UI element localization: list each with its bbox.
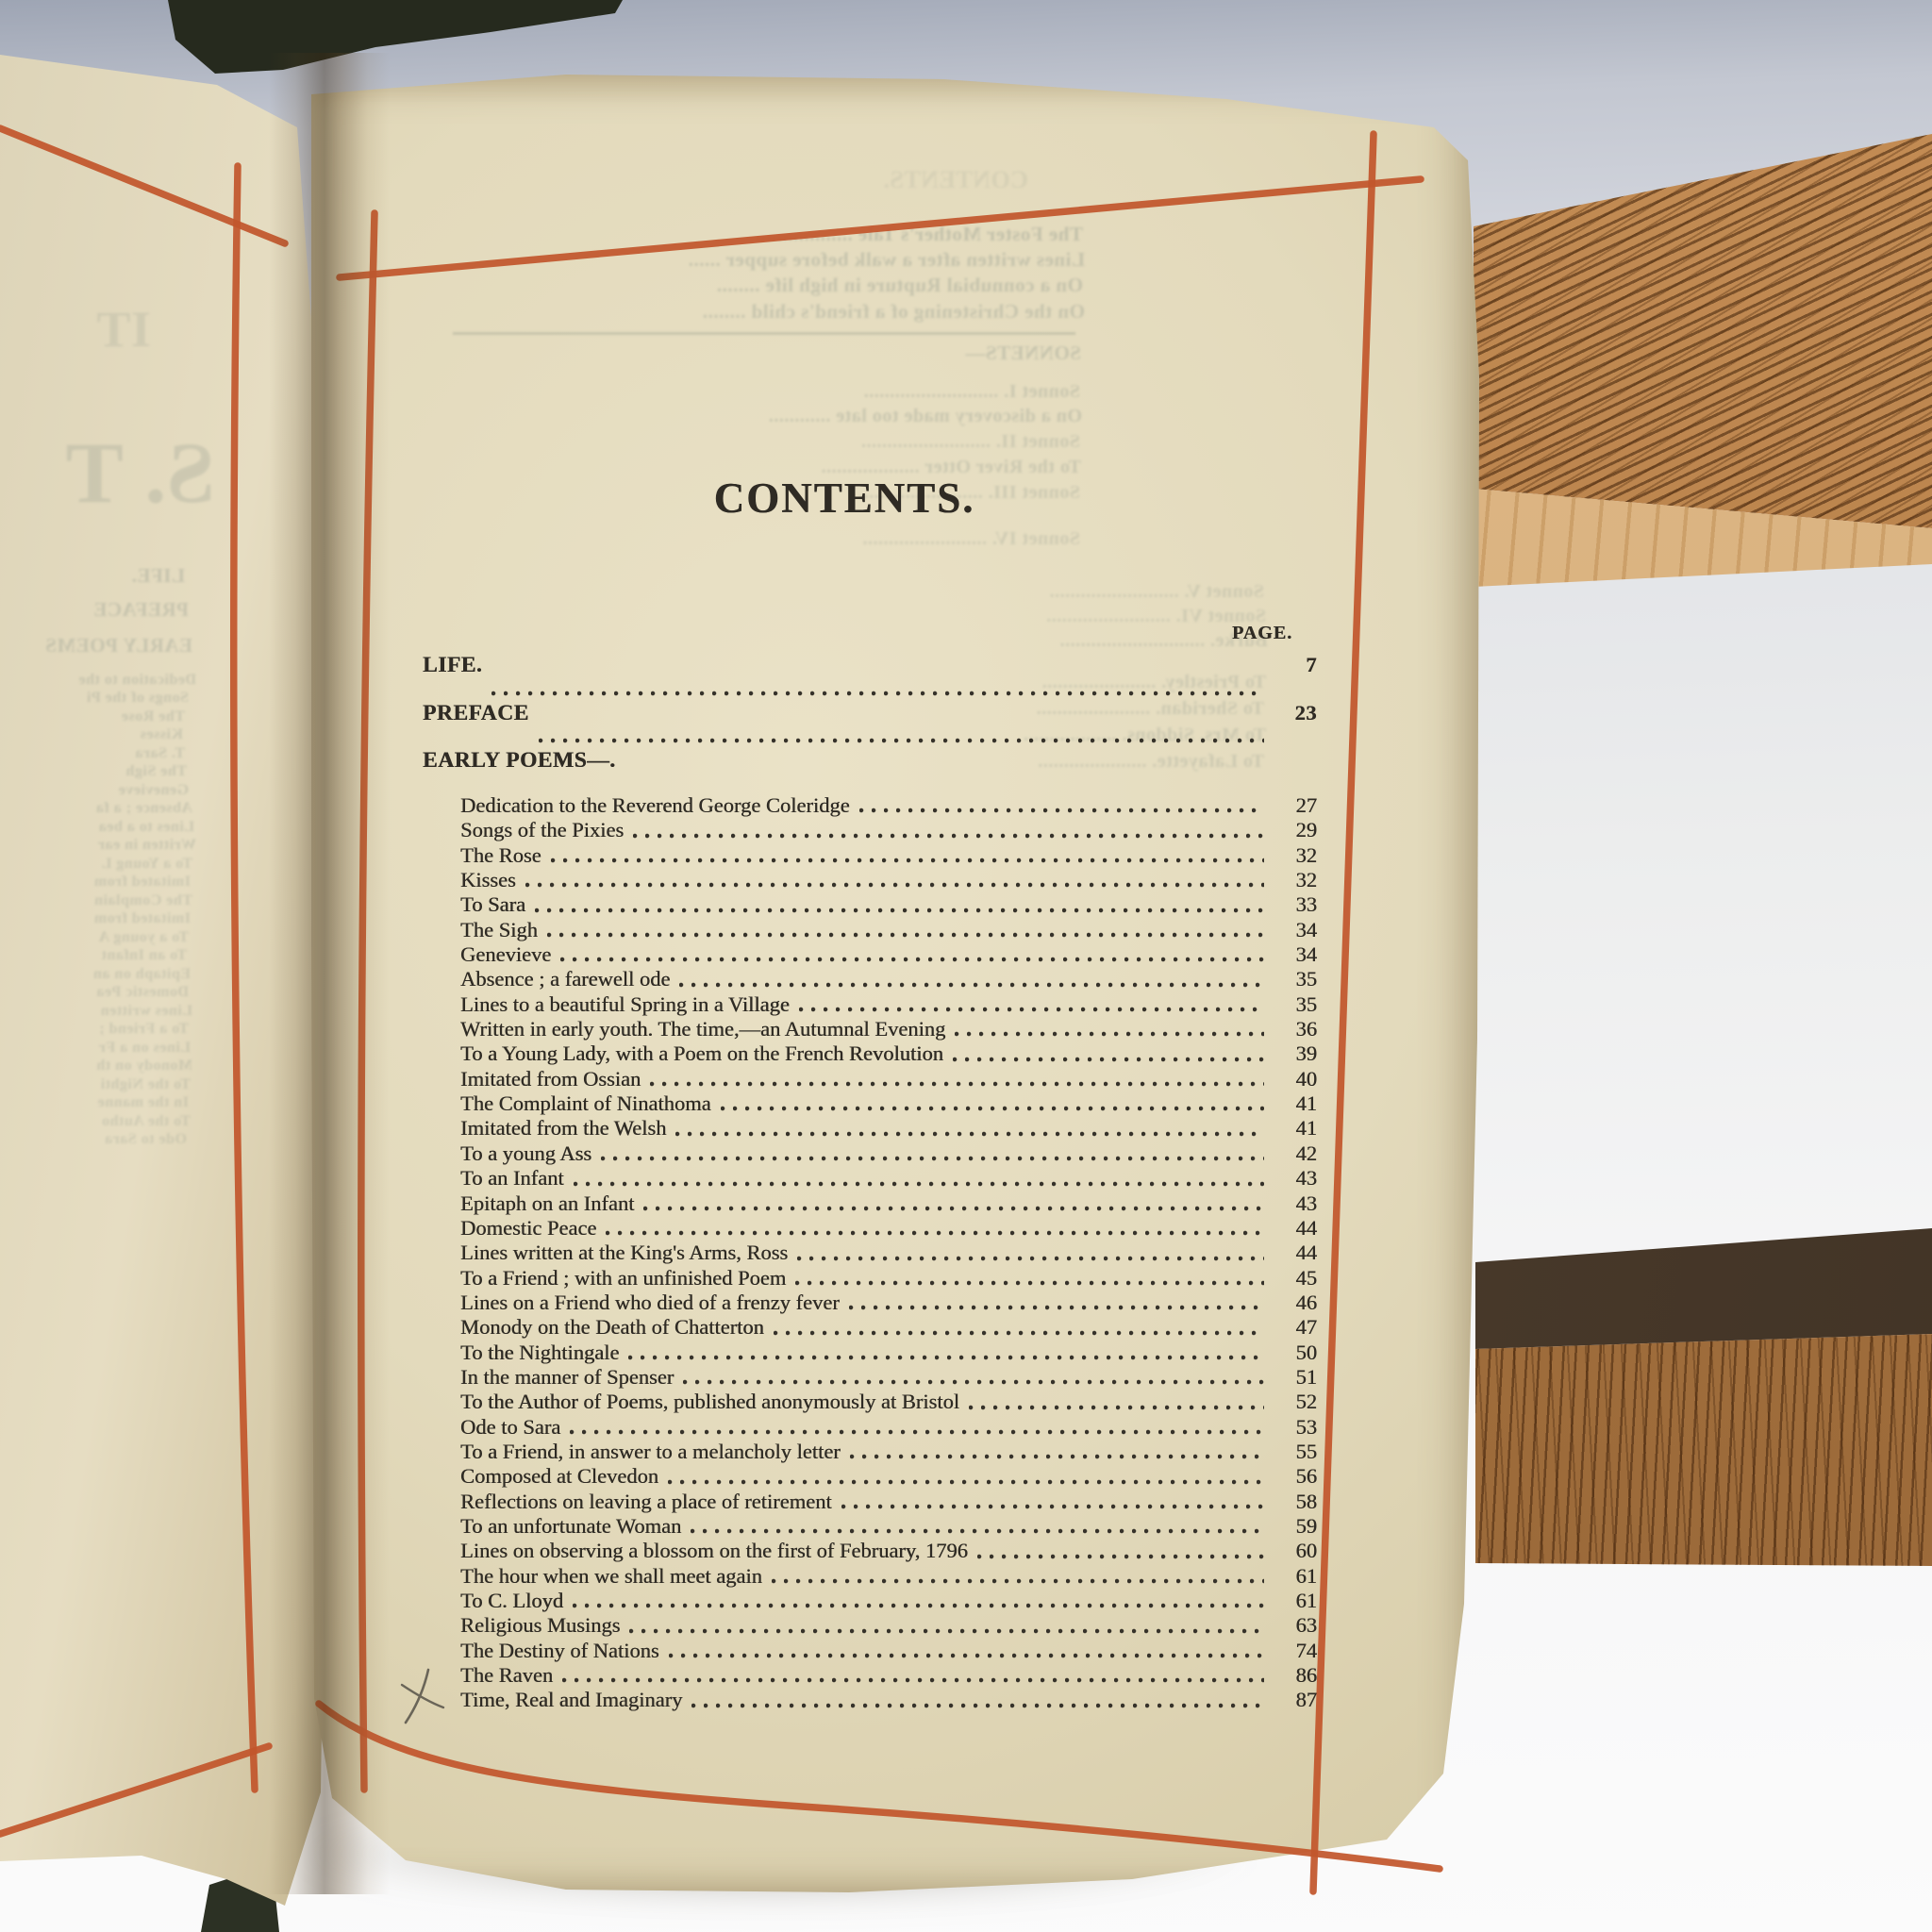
toc-entry-page-number: 29 (1266, 818, 1317, 842)
toc-entry-title: Composed at Clevedon (460, 1464, 658, 1489)
toc-row: The Complaint of Ninathoma 41 (423, 1091, 1317, 1116)
toc-entry-title: Genevieve (460, 942, 551, 967)
toc-row: PREFACE 23 (423, 701, 1317, 748)
toc-row: Lines written at the King's Arms, Ross 4… (423, 1241, 1317, 1265)
toc-entry-page-number: 86 (1266, 1663, 1317, 1688)
dotted-leader (772, 1578, 1264, 1584)
toc-entry-page-number: 44 (1266, 1241, 1317, 1265)
toc-entry-page-number: 27 (1266, 793, 1317, 818)
toc-entry-page-number: 42 (1266, 1141, 1317, 1166)
toc-entry-title: Epitaph on an Infant (460, 1191, 634, 1216)
toc-row: To Sara 33 (423, 892, 1317, 917)
toc-row: The Destiny of Nations 74 (423, 1639, 1317, 1663)
page-column-label: PAGE. (1232, 623, 1292, 644)
toc-row: To the Nightingale 50 (423, 1341, 1317, 1365)
toc-row: Songs of the Pixies 29 (423, 818, 1317, 842)
toc-entry-page-number: 87 (1266, 1688, 1317, 1712)
toc-row: Reflections on leaving a place of retire… (423, 1490, 1317, 1514)
toc-entry-title: Lines written at the King's Arms, Ross (460, 1241, 788, 1265)
toc-entry-page-number: 34 (1266, 942, 1317, 967)
left-page-vertical-rule (234, 166, 255, 1790)
toc-entry-title: The hour when we shall meet again (460, 1564, 762, 1589)
toc-row: Absence ; a farewell ode 35 (423, 967, 1317, 991)
toc-row: Religious Musings 63 (423, 1613, 1317, 1638)
toc-row: To a Friend, in answer to a melancholy l… (423, 1440, 1317, 1464)
toc-entry-title: The Sigh (460, 918, 538, 942)
toc-row: LIFE. 7 (423, 653, 1317, 701)
toc-row: Epitaph on an Infant 43 (423, 1191, 1317, 1216)
dotted-leader (525, 882, 1264, 888)
dotted-leader (859, 808, 1264, 813)
toc-row: Lines on observing a blossom on the firs… (423, 1539, 1317, 1563)
dotted-leader (774, 1330, 1264, 1336)
dotted-leader (570, 1429, 1264, 1435)
toc-row: To C. Lloyd 61 (423, 1589, 1317, 1613)
dotted-leader (977, 1554, 1264, 1559)
toc-row: Lines to a beautiful Spring in a Village… (423, 992, 1317, 1017)
toc-row: To a Young Lady, with a Poem on the Fren… (423, 1041, 1317, 1066)
dotted-leader (955, 1031, 1264, 1037)
toc-entry-title: Imitated from the Welsh (460, 1116, 666, 1141)
toc-row: The Raven 86 (423, 1663, 1317, 1688)
dotted-leader (560, 957, 1264, 962)
dotted-leader (547, 932, 1264, 938)
dotted-leader (691, 1528, 1264, 1534)
toc-entry-page-number: 60 (1266, 1539, 1317, 1563)
toc-entry-page-number: 23 (1266, 701, 1317, 725)
dotted-leader (679, 982, 1264, 988)
toc-entry-page-number: 43 (1266, 1191, 1317, 1216)
toc-entry-title: Religious Musings (460, 1613, 620, 1638)
dotted-leader (683, 1379, 1264, 1385)
right-page-right-rule (1313, 134, 1374, 1891)
toc-entry-page-number: 58 (1266, 1490, 1317, 1514)
dotted-leader (721, 1106, 1264, 1111)
toc-entry-page-number: 52 (1266, 1390, 1317, 1414)
toc-entry-title: Imitated from Ossian (460, 1067, 641, 1091)
toc-row: Genevieve 34 (423, 942, 1317, 967)
toc-row: To a young Ass 42 (423, 1141, 1317, 1166)
toc-row: Domestic Peace 44 (423, 1216, 1317, 1241)
toc-row: Dedication to the Reverend George Coleri… (423, 793, 1317, 818)
toc-entry-page-number: 36 (1266, 1017, 1317, 1041)
toc-entry-title: Ode to Sara (460, 1415, 560, 1440)
toc-entry-title: To a Friend, in answer to a melancholy l… (460, 1440, 841, 1464)
toc-entry-page-number: 41 (1266, 1091, 1317, 1116)
toc-entry-title: Reflections on leaving a place of retire… (460, 1490, 832, 1514)
toc-entry-title: Lines to a beautiful Spring in a Village (460, 992, 790, 1017)
dotted-leader (574, 1181, 1264, 1187)
dotted-leader (551, 858, 1264, 863)
toc-entry-page-number: 35 (1266, 992, 1317, 1017)
dotted-leader (849, 1305, 1264, 1310)
dotted-leader (562, 1677, 1264, 1683)
toc-entry-title: Songs of the Pixies (460, 818, 624, 842)
toc-entry-page-number: 39 (1266, 1041, 1317, 1066)
dotted-leader (841, 1504, 1264, 1509)
toc-row: To a Friend ; with an unfinished Poem 45 (423, 1266, 1317, 1291)
toc-entry-page-number: 56 (1266, 1464, 1317, 1489)
toc-row: Written in early youth. The time,—an Aut… (423, 1017, 1317, 1041)
toc-entry-title: To Sara (460, 892, 525, 917)
toc-row: Time, Real and Imaginary 87 (423, 1688, 1317, 1712)
toc-row: The Rose 32 (423, 843, 1317, 868)
toc-entry-title: Absence ; a farewell ode (460, 967, 670, 991)
toc-entry-title: To a young Ass (460, 1141, 591, 1166)
toc-entry-title: The Rose (460, 843, 541, 868)
toc-entry-title: Domestic Peace (460, 1216, 596, 1241)
toc-row: Lines on a Friend who died of a frenzy f… (423, 1291, 1317, 1315)
toc-row: To the Author of Poems, published anonym… (423, 1390, 1317, 1414)
toc-row: To an unfortunate Woman 59 (423, 1514, 1317, 1539)
dotted-leader (669, 1653, 1264, 1658)
dotted-leader (797, 1256, 1264, 1261)
pencil-x-mark (394, 1666, 451, 1726)
dotted-leader (795, 1280, 1264, 1286)
dotted-leader (629, 1628, 1264, 1634)
toc-entry-page-number: 41 (1266, 1116, 1317, 1141)
toc-row: EARLY POEMS—. (423, 748, 1317, 793)
toc-entry-title: The Raven (460, 1663, 553, 1688)
dotted-leader (668, 1479, 1264, 1485)
toc-entry-title: Lines on a Friend who died of a frenzy f… (460, 1291, 840, 1315)
toc-row: The hour when we shall meet again 61 (423, 1564, 1317, 1589)
toc-entry-title: LIFE. (423, 653, 482, 678)
photo-open-book-contents-page: ITS. TLIFE.PREFACEEARLY POEMSDedication … (0, 0, 1932, 1932)
toc-entry-title: Lines on observing a blossom on the firs… (460, 1539, 968, 1563)
toc-entry-page-number: 53 (1266, 1415, 1317, 1440)
toc-entry-title: To an unfortunate Woman (460, 1514, 681, 1539)
page-title: CONTENTS. (524, 474, 1165, 523)
toc-entry-page-number: 51 (1266, 1365, 1317, 1390)
dotted-leader (573, 1603, 1264, 1608)
dotted-leader (650, 1081, 1264, 1087)
toc-row: Imitated from Ossian 40 (423, 1067, 1317, 1091)
toc-entry-title: To C. Lloyd (460, 1589, 563, 1613)
dotted-leader (850, 1454, 1264, 1459)
toc-row: Kisses 32 (423, 868, 1317, 892)
toc-entry-page-number: 32 (1266, 868, 1317, 892)
toc-entry-page-number: 74 (1266, 1639, 1317, 1663)
toc-entry-page-number: 40 (1266, 1067, 1317, 1091)
toc-entry-page-number: 55 (1266, 1440, 1317, 1464)
toc-entry-title: PREFACE (423, 701, 529, 726)
toc-row: In the manner of Spenser 51 (423, 1365, 1317, 1390)
dotted-leader (691, 1703, 1264, 1708)
toc-entry-page-number: 33 (1266, 892, 1317, 917)
right-page-top-rule (340, 179, 1421, 277)
toc-entry-title: Kisses (460, 868, 516, 892)
dotted-leader (628, 1355, 1264, 1360)
toc-entry-title: To a Friend ; with an unfinished Poem (460, 1266, 786, 1291)
toc-entry-title: Written in early youth. The time,—an Aut… (460, 1017, 945, 1041)
toc-row: Monody on the Death of Chatterton 47 (423, 1315, 1317, 1340)
toc-entry-page-number: 45 (1266, 1266, 1317, 1291)
toc-entry-page-number: 34 (1266, 918, 1317, 942)
toc-entry-page-number: 7 (1266, 653, 1317, 677)
toc-row: Composed at Clevedon 56 (423, 1464, 1317, 1489)
toc-entry-title: The Destiny of Nations (460, 1639, 659, 1663)
toc-entry-title: To an Infant (460, 1166, 564, 1191)
toc-row: The Sigh 34 (423, 918, 1317, 942)
right-page-bottom-rule (319, 1704, 1440, 1869)
dotted-leader (969, 1405, 1264, 1410)
toc-entry-page-number: 61 (1266, 1589, 1317, 1613)
toc-entry-page-number: 32 (1266, 843, 1317, 868)
toc-entry-page-number: 44 (1266, 1216, 1317, 1241)
toc-entry-page-number: 35 (1266, 967, 1317, 991)
toc-entry-title: Monody on the Death of Chatterton (460, 1315, 764, 1340)
toc-entry-title: In the manner of Spenser (460, 1365, 674, 1390)
dotted-leader (953, 1057, 1264, 1062)
left-page-bottom-rule (0, 1746, 269, 1834)
toc-entry-title: To the Author of Poems, published anonym… (460, 1390, 959, 1414)
toc-entry-page-number: 50 (1266, 1341, 1317, 1365)
toc-row: Ode to Sara 53 (423, 1415, 1317, 1440)
toc-entry-title: Time, Real and Imaginary (460, 1688, 682, 1712)
dotted-leader (799, 1007, 1264, 1012)
toc-row: Imitated from the Welsh 41 (423, 1116, 1317, 1141)
toc-list: LIFE. 7 PREFACE 23 EARLY POEMS—. Dedicat… (423, 653, 1317, 1713)
toc-entry-page-number: 47 (1266, 1315, 1317, 1340)
toc-entry-page-number: 59 (1266, 1514, 1317, 1539)
dotted-leader (643, 1206, 1264, 1211)
dotted-leader (675, 1131, 1264, 1137)
dotted-leader (491, 691, 1264, 696)
toc-entry-page-number: 43 (1266, 1166, 1317, 1191)
toc-entry-page-number: 46 (1266, 1291, 1317, 1315)
book-gutter-shadow (269, 53, 390, 1894)
dotted-leader (633, 833, 1264, 839)
toc-entry-page-number: 61 (1266, 1564, 1317, 1589)
dotted-leader (606, 1230, 1264, 1236)
dotted-leader (539, 738, 1264, 743)
toc-entry-title: Dedication to the Reverend George Coleri… (460, 793, 850, 818)
toc-entry-title: To the Nightingale (460, 1341, 619, 1365)
toc-entry-title: EARLY POEMS—. (423, 748, 616, 774)
toc-entry-title: To a Young Lady, with a Poem on the Fren… (460, 1041, 943, 1066)
toc-row: To an Infant 43 (423, 1166, 1317, 1191)
left-page-top-rule (0, 128, 285, 243)
dotted-leader (535, 908, 1264, 913)
dotted-leader (601, 1156, 1264, 1161)
toc-entry-page-number: 63 (1266, 1613, 1317, 1638)
toc-entry-title: The Complaint of Ninathoma (460, 1091, 711, 1116)
